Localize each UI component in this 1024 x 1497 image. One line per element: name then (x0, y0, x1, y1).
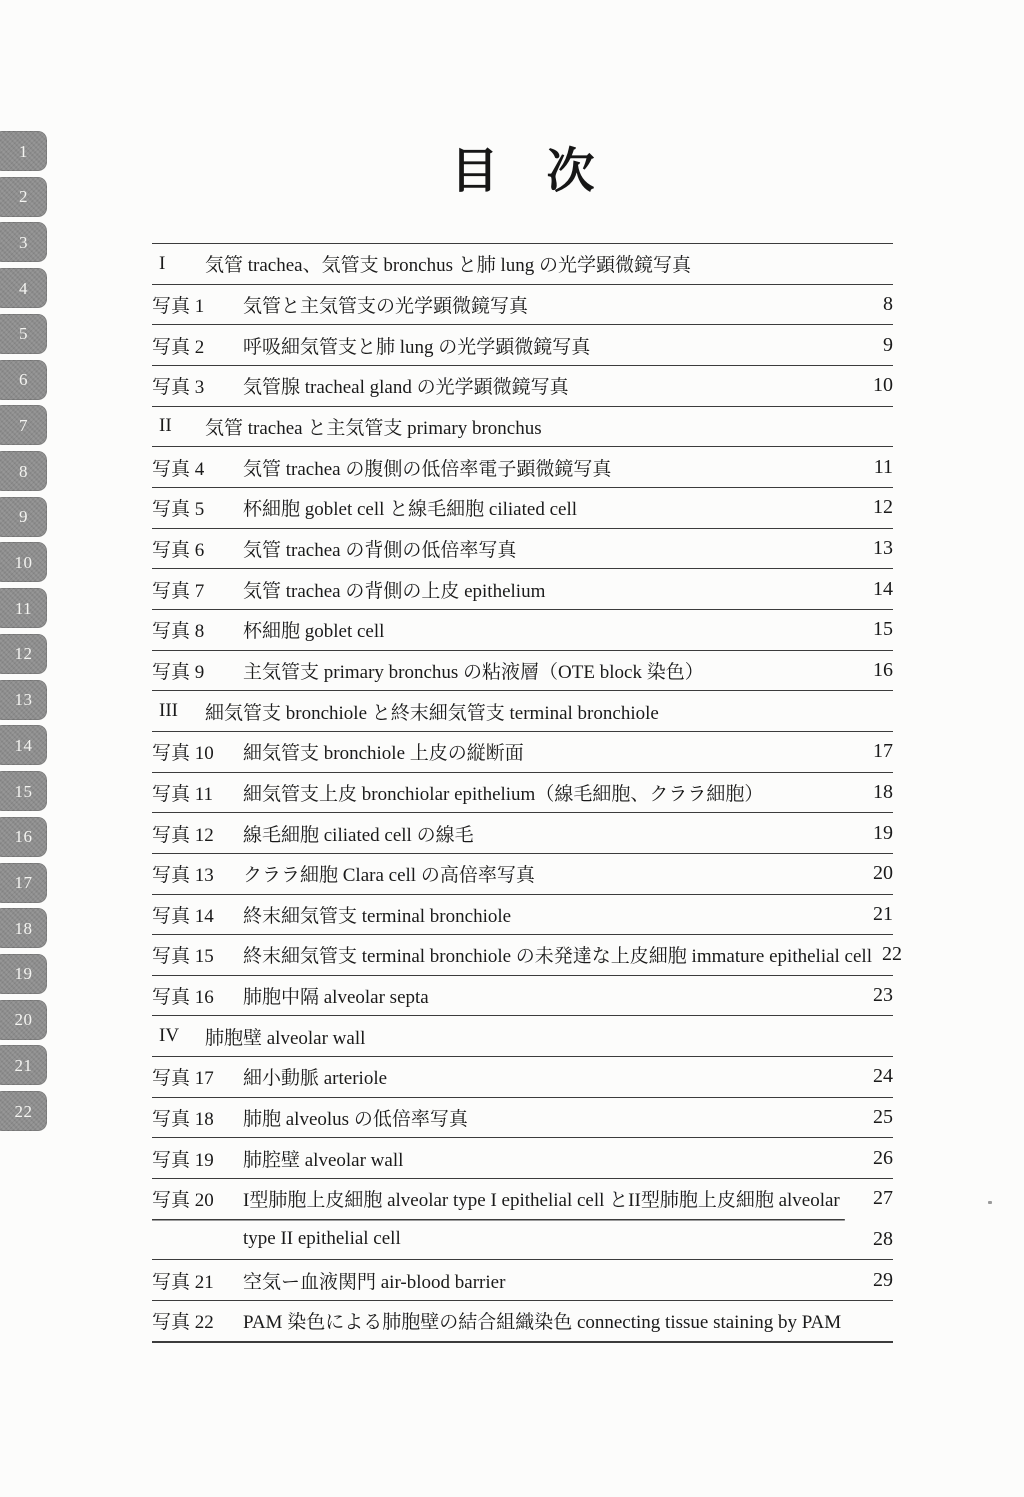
row-label: III (152, 700, 205, 722)
row-label: 写真 18 (152, 1104, 243, 1131)
toc-row: 写真 9 主気管支 primary bronchus の粘液層（OTE bloc… (152, 650, 893, 691)
row-page-number: 29 (863, 1269, 893, 1292)
tab-number: 4 (12, 280, 28, 297)
row-page-number: 28 (863, 1228, 893, 1251)
toc-row: 写真 13 クララ細胞 Clara cell の高倍率写真 20 (152, 853, 893, 894)
row-label: 写真 9 (152, 657, 243, 684)
row-title: PAM 染色による肺胞壁の結合組織染色 connecting tissue st… (243, 1307, 841, 1334)
row-label: 写真 17 (152, 1063, 243, 1090)
tab-number: 7 (12, 417, 28, 434)
toc-row: 写真 18 肺胞 alveolus の低倍率写真 25 (152, 1097, 893, 1138)
row-page-number: 11 (864, 456, 893, 479)
row-label: 写真 8 (152, 616, 243, 643)
side-index-tab: 8 (0, 451, 47, 491)
tab-number: 6 (12, 371, 28, 388)
toc-row: 写真 3 気管腺 tracheal gland の光学顕微鏡写真 10 (152, 365, 893, 406)
toc-row: 写真 22 PAM 染色による肺胞壁の結合組織染色 connecting tis… (152, 1300, 893, 1341)
row-label: 写真 11 (152, 779, 243, 806)
toc-row: 写真 15 終末細気管支 terminal bronchiole の未発達な上皮… (152, 934, 893, 975)
row-page-number: 26 (863, 1147, 893, 1170)
row-page-number: 27 (863, 1187, 893, 1210)
row-label: 写真 5 (152, 494, 243, 521)
tab-number: 20 (8, 1011, 33, 1028)
tab-number: 15 (8, 783, 33, 800)
row-page-number: 21 (863, 903, 893, 926)
row-title: 気管 trachea の背側の低倍率写真 (243, 535, 516, 562)
row-title: type II epithelial cell (243, 1228, 401, 1250)
row-page-number: 19 (863, 822, 893, 845)
side-index-tab: 5 (0, 314, 47, 354)
row-page-number: 10 (863, 374, 893, 397)
row-page-number: 23 (863, 984, 893, 1007)
row-label: 写真 13 (152, 860, 243, 887)
toc-row: 写真 14 終末細気管支 terminal bronchiole 21 (152, 894, 893, 935)
row-page-number: 18 (863, 781, 893, 804)
tab-number: 16 (8, 828, 33, 845)
row-page-number: 14 (863, 578, 893, 601)
row-title: 気管 trachea と主気管支 primary bronchus (205, 413, 542, 440)
tab-number: 17 (8, 874, 33, 891)
row-label: 写真 3 (152, 372, 243, 399)
tab-number: 2 (12, 188, 28, 205)
row-label: 写真 2 (152, 332, 243, 359)
toc-row: 写真 12 線毛細胞 ciliated cell の線毛 19 (152, 812, 893, 853)
tab-number: 5 (12, 325, 28, 342)
toc-row: 写真 8 杯細胞 goblet cell 15 (152, 609, 893, 650)
row-title: 呼吸細気管支と肺 lung の光学顕微鏡写真 (243, 332, 590, 359)
toc-row: 写真 4 気管 trachea の腹側の低倍率電子顕微鏡写真 11 (152, 446, 893, 487)
row-page-number: 15 (863, 618, 893, 641)
side-index-tab: 16 (0, 817, 47, 857)
side-index-tab: 18 (0, 908, 47, 948)
tab-number: 18 (8, 920, 33, 937)
toc-row: type II epithelial cell 28 (152, 1219, 893, 1260)
row-title: 気管 trachea の背側の上皮 epithelium (243, 576, 545, 603)
row-page-number: 20 (863, 862, 893, 885)
toc-row: 写真 1 気管と主気管支の光学顕微鏡写真 8 (152, 284, 893, 325)
row-title: 気管 trachea、気管支 bronchus と肺 lung の光学顕微鏡写真 (205, 250, 691, 277)
toc-row: 写真 17 細小動脈 arteriole 24 (152, 1056, 893, 1097)
tab-number: 22 (8, 1103, 33, 1120)
tab-number: 12 (8, 645, 33, 662)
toc-row: 写真 16 肺胞中隔 alveolar septa 23 (152, 975, 893, 1016)
tab-number: 3 (12, 234, 28, 251)
row-label: 写真 1 (152, 291, 243, 318)
side-index-tab: 2 (0, 177, 47, 217)
toc-row: 写真 5 杯細胞 goblet cell と線毛細胞 ciliated cell… (152, 487, 893, 528)
toc-row: II 気管 trachea と主気管支 primary bronchus (152, 406, 893, 447)
tab-number: 9 (12, 508, 28, 525)
row-label: 写真 14 (152, 901, 243, 928)
side-index-tab: 9 (0, 497, 47, 537)
row-label: 写真 21 (152, 1267, 243, 1294)
row-title: 杯細胞 goblet cell と線毛細胞 ciliated cell (243, 494, 577, 521)
side-index-tab: 10 (0, 542, 47, 582)
row-label: I (152, 253, 205, 275)
side-index-tab: 11 (0, 588, 47, 628)
row-page-number: 13 (863, 537, 893, 560)
tab-number: 8 (12, 463, 28, 480)
row-title: 肺胞 alveolus の低倍率写真 (243, 1104, 468, 1131)
row-page-number: 16 (863, 659, 893, 682)
row-label: 写真 15 (152, 941, 243, 968)
row-title: 細気管支 bronchiole と終末細気管支 terminal bronchi… (205, 698, 659, 725)
scan-artifact-dot (988, 1201, 992, 1204)
toc-row: 写真 2 呼吸細気管支と肺 lung の光学顕微鏡写真 9 (152, 324, 893, 365)
thumb-index-tabs: 1 2 3 4 5 6 7 8 9 10 11 12 13 14 15 16 1… (0, 0, 60, 1497)
row-title: 終末細気管支 terminal bronchiole の未発達な上皮細胞 imm… (243, 941, 872, 968)
toc-row: 写真 21 空気ー血液関門 air-blood barrier 29 (152, 1259, 893, 1300)
side-index-tab: 22 (0, 1091, 47, 1131)
row-label: 写真 7 (152, 576, 243, 603)
row-label: II (152, 415, 205, 437)
toc-row: 写真 10 細気管支 bronchiole 上皮の縦断面 17 (152, 731, 893, 772)
row-label: 写真 6 (152, 535, 243, 562)
row-title: 肺腔壁 alveolar wall (243, 1145, 403, 1172)
toc-row: I 気管 trachea、気管支 bronchus と肺 lung の光学顕微鏡… (152, 243, 893, 284)
toc-row: 写真 19 肺腔壁 alveolar wall 26 (152, 1137, 893, 1178)
row-title: 細気管支上皮 bronchiolar epithelium（線毛細胞、クララ細胞… (243, 779, 763, 806)
row-page-number: 9 (873, 334, 893, 357)
row-label: 写真 4 (152, 454, 243, 481)
row-title: クララ細胞 Clara cell の高倍率写真 (243, 860, 535, 887)
row-title: 終末細気管支 terminal bronchiole (243, 901, 511, 928)
row-title: 主気管支 primary bronchus の粘液層（OTE block 染色） (243, 657, 704, 684)
row-page-number: 17 (863, 740, 893, 763)
row-title: I型肺胞上皮細胞 alveolar type I epithelial cell… (243, 1185, 840, 1212)
scanned-toc-page: 1 2 3 4 5 6 7 8 9 10 11 12 13 14 15 16 1… (0, 0, 1024, 1497)
toc-row: 写真 20 I型肺胞上皮細胞 alveolar type I epithelia… (152, 1178, 893, 1219)
side-index-tab: 4 (0, 268, 47, 308)
row-title: 肺胞中隔 alveolar septa (243, 982, 429, 1009)
side-index-tab: 12 (0, 634, 47, 674)
row-title: 杯細胞 goblet cell (243, 616, 384, 643)
tab-number: 10 (8, 554, 33, 571)
side-index-tab: 20 (0, 1000, 47, 1040)
row-label: 写真 22 (152, 1307, 243, 1334)
side-index-tab: 6 (0, 360, 47, 400)
row-title: 肺胞壁 alveolar wall (205, 1023, 365, 1050)
row-title: 細小動脈 arteriole (243, 1063, 387, 1090)
side-index-tab: 14 (0, 725, 47, 765)
tab-number: 1 (12, 143, 28, 160)
toc-row: IV 肺胞壁 alveolar wall (152, 1015, 893, 1056)
side-index-tab: 1 (0, 131, 47, 171)
row-label: 写真 10 (152, 738, 243, 765)
row-page-number: 22 (872, 943, 902, 966)
tab-number: 13 (8, 691, 33, 708)
row-label: 写真 19 (152, 1145, 243, 1172)
row-page-number: 12 (863, 496, 893, 519)
side-index-tab: 21 (0, 1045, 47, 1085)
row-title: 線毛細胞 ciliated cell の線毛 (243, 820, 474, 847)
side-index-tab: 7 (0, 405, 47, 445)
row-title: 細気管支 bronchiole 上皮の縦断面 (243, 738, 524, 765)
side-index-tab: 19 (0, 954, 47, 994)
toc-row: 写真 6 気管 trachea の背側の低倍率写真 13 (152, 528, 893, 569)
row-label: 写真 12 (152, 820, 243, 847)
tab-number: 19 (8, 965, 33, 982)
side-index-tab: 17 (0, 863, 47, 903)
row-page-number: 8 (873, 293, 893, 316)
toc-row: 写真 11 細気管支上皮 bronchiolar epithelium（線毛細胞… (152, 772, 893, 813)
tab-number: 14 (8, 737, 33, 754)
row-title: 気管と主気管支の光学顕微鏡写真 (243, 291, 528, 318)
tab-number: 11 (8, 600, 32, 617)
row-label: IV (152, 1025, 205, 1047)
toc-table: I 気管 trachea、気管支 bronchus と肺 lung の光学顕微鏡… (152, 243, 893, 1343)
row-label: 写真 16 (152, 982, 243, 1009)
side-index-tab: 3 (0, 222, 47, 262)
tab-number: 21 (8, 1057, 33, 1074)
side-index-tab: 13 (0, 680, 47, 720)
side-index-tab: 15 (0, 771, 47, 811)
toc-row: III 細気管支 bronchiole と終末細気管支 terminal bro… (152, 690, 893, 731)
row-title: 気管 trachea の腹側の低倍率電子顕微鏡写真 (243, 454, 611, 481)
page-title: 目 次 (152, 146, 893, 199)
row-title: 気管腺 tracheal gland の光学顕微鏡写真 (243, 372, 569, 399)
toc-row: 写真 7 気管 trachea の背側の上皮 epithelium 14 (152, 568, 893, 609)
row-title: 空気ー血液関門 air-blood barrier (243, 1267, 505, 1294)
row-label: 写真 20 (152, 1185, 243, 1212)
row-page-number: 25 (863, 1106, 893, 1129)
row-page-number: 24 (863, 1065, 893, 1088)
